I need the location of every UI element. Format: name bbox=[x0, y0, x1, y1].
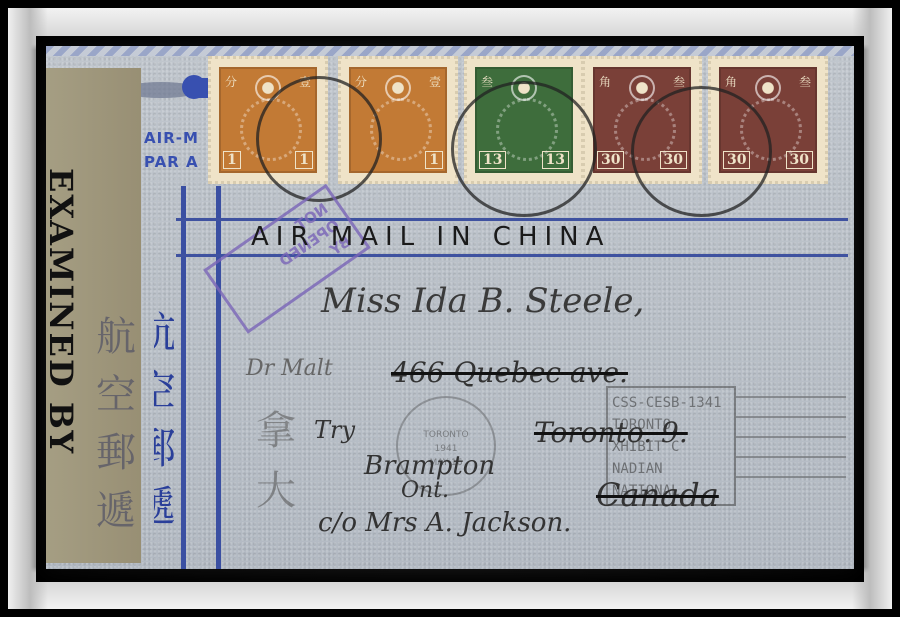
postmark-cancel bbox=[631, 86, 772, 217]
vertical-rule bbox=[216, 186, 221, 569]
redirect-city: Brampton bbox=[364, 451, 495, 481]
street-struck: 466 Quebec ave. bbox=[391, 356, 628, 389]
air-mail-in-china-header: AIR MAIL IN CHINA bbox=[251, 222, 610, 252]
pencil-note: Dr Malt bbox=[246, 356, 333, 381]
censor-cjk: 航 空 郵 遞 bbox=[96, 308, 156, 540]
not-opened-handstamp: NOT OPENED BY bbox=[203, 184, 395, 368]
cancel-wave-line bbox=[736, 456, 846, 458]
airmail-printed-label: AIR-M PAR A bbox=[144, 126, 199, 174]
envelope: AIR-M PAR A 航 空 郵 遞 EXAMINED BY 航 空 郵 遞 … bbox=[46, 46, 854, 569]
recipient-name: Miss Ida B. Steele, bbox=[321, 281, 644, 321]
censor-label: EXAMINED BY 航 空 郵 遞 bbox=[46, 68, 141, 563]
censor-text: EXAMINED BY bbox=[50, 168, 90, 548]
cancel-wave-line bbox=[736, 416, 846, 418]
cancel-wave-line bbox=[736, 436, 846, 438]
postmark-cancel bbox=[451, 81, 597, 217]
envelope-top-border bbox=[46, 46, 854, 56]
redirect-province: Ont. bbox=[401, 478, 449, 503]
cancel-wave-line bbox=[736, 396, 846, 398]
country-struck: Canada bbox=[596, 476, 719, 514]
pencil-cjk: 拿 大 bbox=[256, 401, 296, 521]
city-struck: Toronto. 9. bbox=[534, 416, 688, 449]
postmark-cancel bbox=[256, 76, 382, 202]
cancel-wave-line bbox=[736, 476, 846, 478]
redirect-try: Try bbox=[314, 416, 355, 444]
care-of-line: c/o Mrs A. Jackson. bbox=[318, 508, 571, 538]
vertical-rule bbox=[181, 186, 186, 569]
